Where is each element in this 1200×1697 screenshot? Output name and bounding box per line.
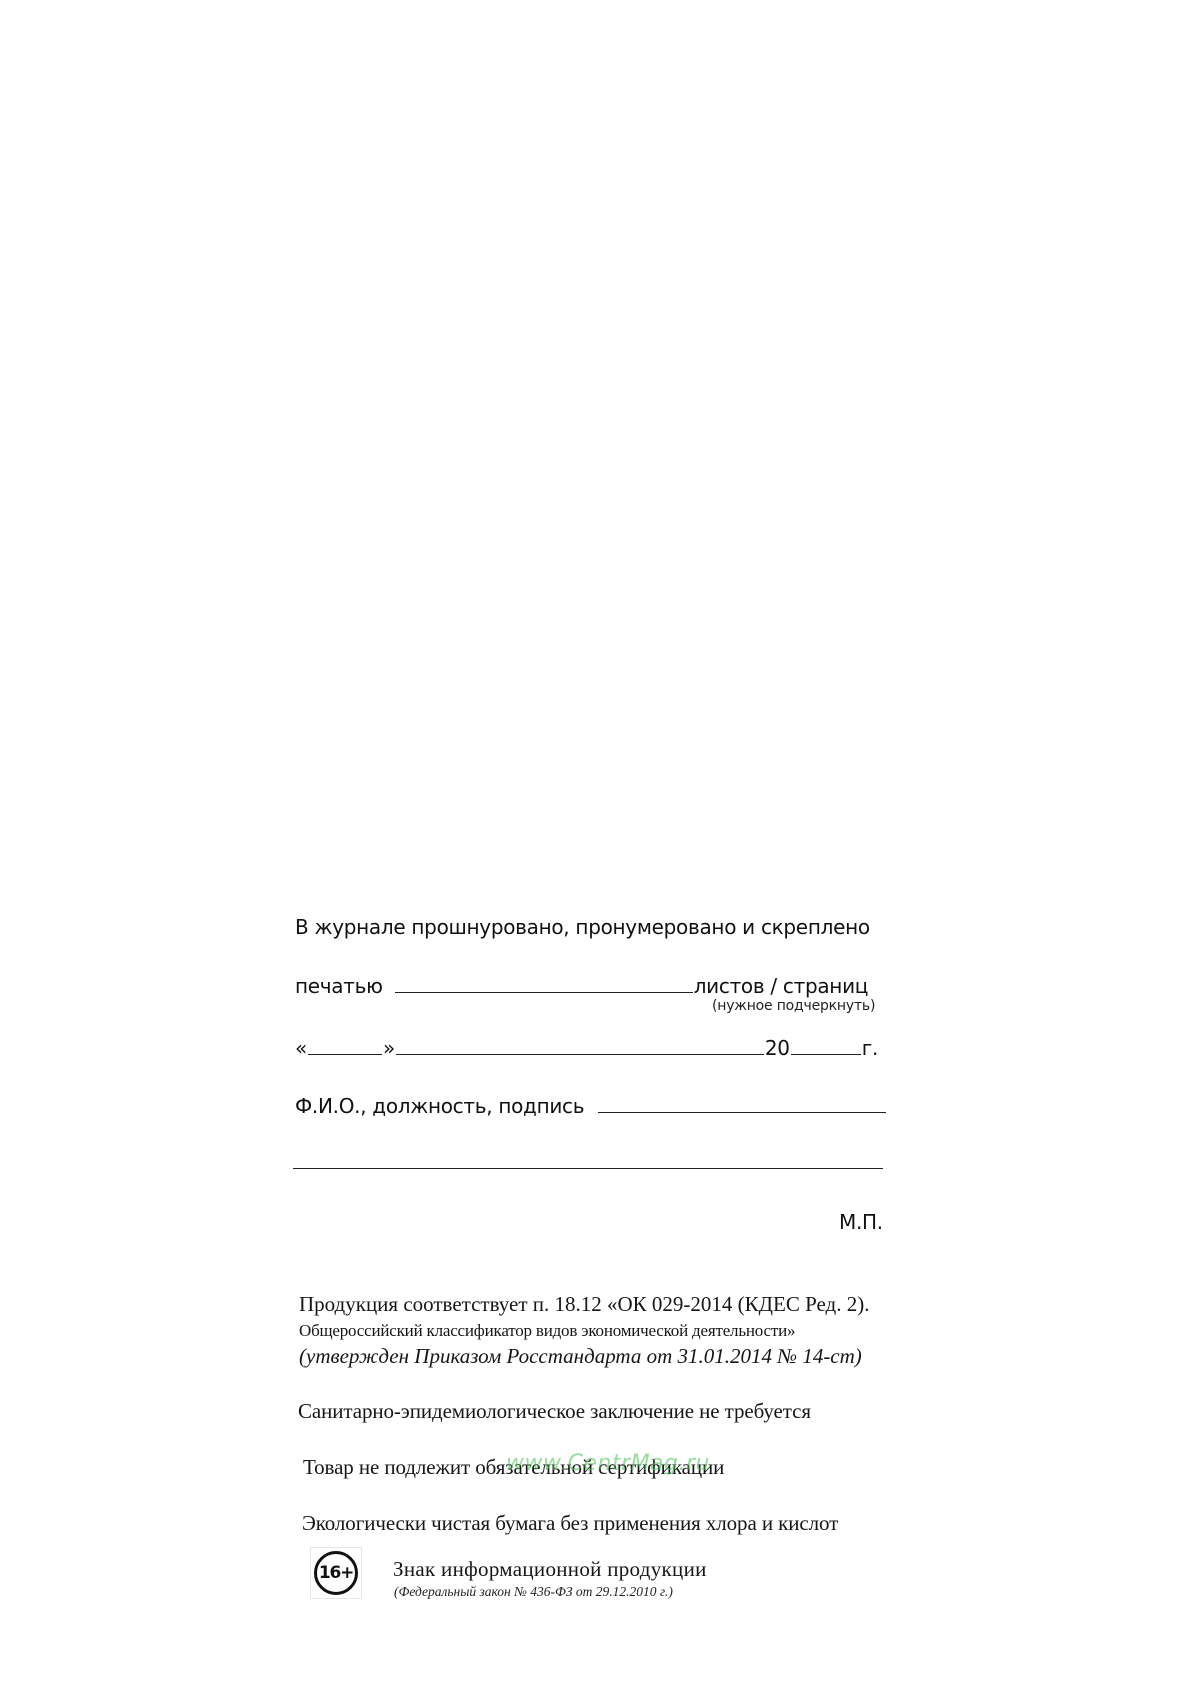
signature-field[interactable] [598, 1111, 886, 1113]
classification-line-2: Общероссийский классификатор видов эконо… [299, 1321, 795, 1341]
underline-hint: (нужное подчеркнуть) [712, 998, 875, 1014]
stamp-place-label: М.П. [839, 1212, 883, 1232]
ecology-statement: Экологически чистая бумага без применени… [302, 1511, 838, 1536]
year-field[interactable] [791, 1053, 861, 1055]
additional-signature-line[interactable] [293, 1168, 883, 1169]
site-watermark: www.CentrMag.ru [506, 1451, 710, 1476]
age-rating-16-plus-icon: 16+ [314, 1551, 358, 1595]
day-field[interactable] [308, 1053, 382, 1055]
age-rating-badge: 16+ [310, 1547, 362, 1599]
day-open-quote: « [295, 1036, 307, 1060]
sanitary-statement: Санитарно-эпидемиологическое заключение … [298, 1399, 811, 1424]
classification-line-1: Продукция соответствует п. 18.12 «ОК 029… [299, 1292, 869, 1317]
sheet-count-row: печатью листов / страниц [295, 976, 868, 996]
month-field[interactable] [396, 1053, 764, 1055]
signature-label: Ф.И.О., должность, подпись [295, 1094, 584, 1118]
classification-line-3: (утвержден Приказом Росстандарта от 31.0… [299, 1344, 862, 1369]
sheet-count-field[interactable] [395, 991, 693, 993]
binding-statement: В журнале прошнуровано, пронумеровано и … [295, 917, 870, 937]
year-suffix: г. [862, 1036, 878, 1060]
year-prefix: 20 [765, 1036, 790, 1060]
sheets-pages-label: листов / страниц [694, 974, 868, 998]
seal-label: печатью [295, 974, 383, 998]
day-close-quote: » [383, 1036, 395, 1060]
info-product-sign-title: Знак информационной продукции [393, 1557, 707, 1582]
law-reference: (Федеральный закон № 436-ФЗ от 29.12.201… [394, 1584, 673, 1600]
signature-row: Ф.И.О., должность, подпись [295, 1096, 887, 1116]
date-row: «»20г. [295, 1038, 878, 1058]
